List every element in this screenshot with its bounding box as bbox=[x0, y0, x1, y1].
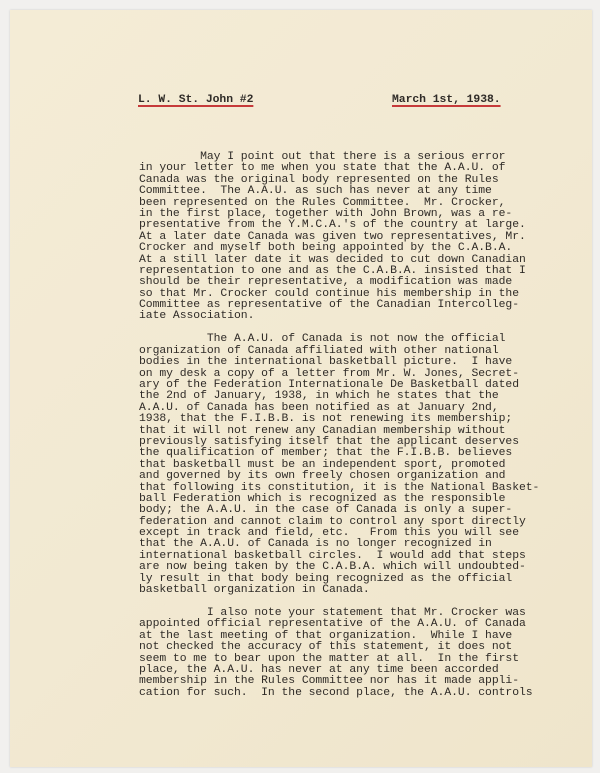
text-line: basketball organization in Canada. bbox=[139, 585, 579, 596]
text-line: cation for such. In the second place, th… bbox=[139, 688, 579, 699]
text-line: are now being taken by the C.A.B.A. whic… bbox=[139, 562, 579, 573]
text-line: bodies in the international basketball p… bbox=[139, 357, 579, 368]
paragraph: May I point out that there is a serious … bbox=[139, 152, 579, 323]
text-line: not checked the accuracy of this stateme… bbox=[139, 642, 579, 653]
text-line: 1938, that the F.I.B.B. is not renewing … bbox=[139, 414, 579, 425]
paragraph: I also note your statement that Mr. Croc… bbox=[139, 608, 579, 699]
text-line: iate Association. bbox=[139, 311, 579, 322]
letter-body: May I point out that there is a serious … bbox=[139, 152, 579, 711]
text-line: Committee. The A.A.U. as such has never … bbox=[139, 186, 579, 197]
page-header-date: March 1st, 1938. bbox=[392, 95, 501, 106]
letter-page: L. W. St. John #2 March 1st, 1938. May I… bbox=[10, 10, 592, 767]
text-line: Crocker and myself both being appointed … bbox=[139, 243, 579, 254]
text-line: body; the A.A.U. in the case of Canada i… bbox=[139, 505, 579, 516]
text-line: should be their representative, a modifi… bbox=[139, 277, 579, 288]
page-header-recipient: L. W. St. John #2 bbox=[138, 95, 253, 106]
text-line: and governed by its own freely chosen or… bbox=[139, 471, 579, 482]
paragraph: The A.A.U. of Canada is not now the offi… bbox=[139, 334, 579, 596]
